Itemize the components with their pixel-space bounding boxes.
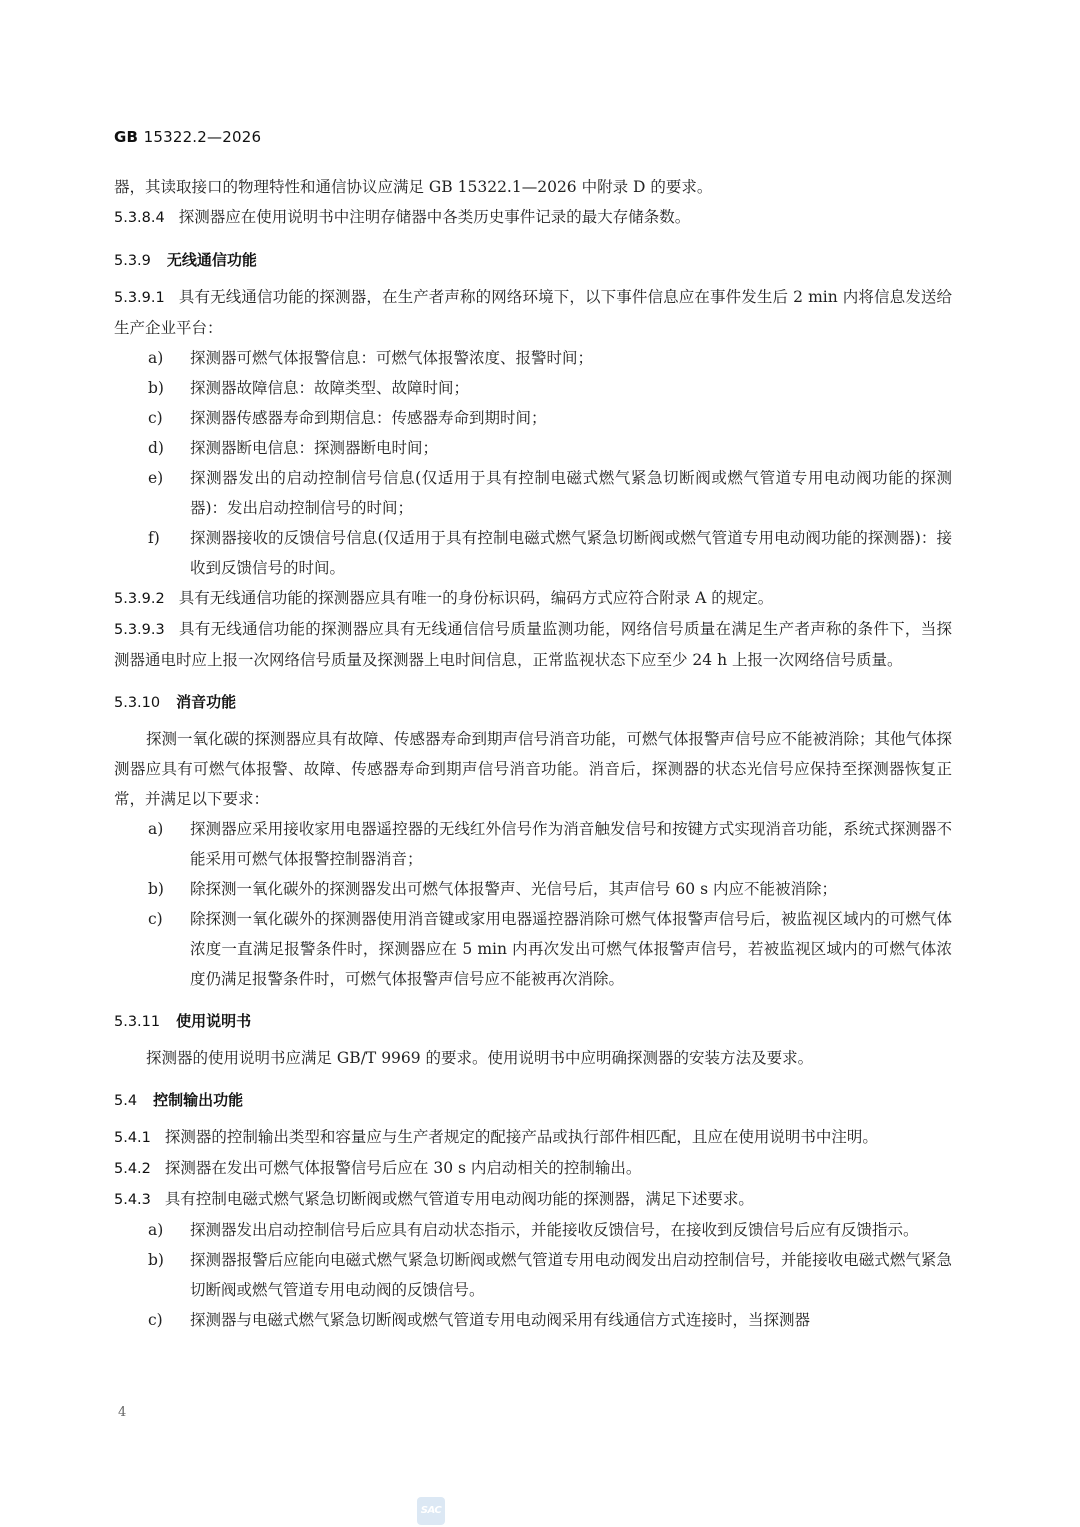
sac-logo-icon: SAC bbox=[417, 1497, 445, 1525]
list-marker: d) bbox=[148, 433, 190, 463]
list-text: 除探测一氧化碳外的探测器发出可燃气体报警声、光信号后，其声信号 60 s 内应不… bbox=[190, 874, 952, 904]
list-marker: b) bbox=[148, 373, 190, 403]
list-text: 探测器断电信息：探测器断电时间； bbox=[190, 433, 952, 463]
list-item: c)除探测一氧化碳外的探测器使用消音键或家用电器遥控器消除可燃气体报警声信号后，… bbox=[148, 904, 952, 994]
clause-number: 5.4.1 bbox=[114, 1130, 151, 1146]
list-text: 除探测一氧化碳外的探测器使用消音键或家用电器遥控器消除可燃气体报警声信号后，被监… bbox=[190, 904, 952, 994]
heading-number: 5.3.10 bbox=[114, 695, 160, 711]
continuation-paragraph: 器，其读取接口的物理特性和通信协议应满足 GB 15322.1—2026 中附录… bbox=[114, 172, 952, 202]
list-item: d)探测器断电信息：探测器断电时间； bbox=[148, 433, 952, 463]
standard-number: 15322.2—2026 bbox=[144, 128, 262, 146]
list-marker: a) bbox=[148, 1215, 190, 1245]
list-text: 探测器可燃气体报警信息：可燃气体报警浓度、报警时间； bbox=[190, 343, 952, 373]
list-item: b)探测器报警后应能向电磁式燃气紧急切断阀或燃气管道专用电动阀发出启动控制信号，… bbox=[148, 1245, 952, 1305]
list-marker: b) bbox=[148, 1245, 190, 1305]
section-heading-5-3-9: 5.3.9无线通信功能 bbox=[114, 245, 952, 276]
list-text: 探测器应采用接收家用电器遥控器的无线红外信号作为消音触发信号和按键方式实现消音功… bbox=[190, 814, 952, 874]
list-item: b)除探测一氧化碳外的探测器发出可燃气体报警声、光信号后，其声信号 60 s 内… bbox=[148, 874, 952, 904]
clause-5-3-9-3: 5.3.9.3具有无线通信功能的探测器应具有无线通信信号质量监测功能，网络信号质… bbox=[114, 614, 952, 675]
page-header: GB 15322.2—2026 bbox=[114, 128, 261, 146]
clause-5-4-1: 5.4.1探测器的控制输出类型和容量应与生产者规定的配接产品或执行部件相匹配，且… bbox=[114, 1122, 952, 1153]
clause-text: 探测器在发出可燃气体报警信号后应在 30 s 内启动相关的控制输出。 bbox=[165, 1159, 641, 1177]
page-number: 4 bbox=[118, 1405, 126, 1420]
clause-number: 5.3.9.2 bbox=[114, 591, 165, 607]
list-item: f)探测器接收的反馈信号信息(仅适用于具有控制电磁式燃气紧急切断阀或燃气管道专用… bbox=[148, 523, 952, 583]
list-text: 探测器故障信息：故障类型、故障时间； bbox=[190, 373, 952, 403]
list-text: 探测器发出启动控制信号后应具有启动状态指示，并能接收反馈信号，在接收到反馈信号后… bbox=[190, 1215, 952, 1245]
clause-5-3-8-4: 5.3.8.4探测器应在使用说明书中注明存储器中各类历史事件记录的最大存储条数。 bbox=[114, 202, 952, 233]
list-marker: f) bbox=[148, 523, 190, 583]
clause-text: 探测器的控制输出类型和容量应与生产者规定的配接产品或执行部件相匹配，且应在使用说… bbox=[165, 1128, 878, 1146]
document-page: GB 15322.2—2026 器，其读取接口的物理特性和通信协议应满足 GB … bbox=[0, 0, 1080, 1527]
document-body: 器，其读取接口的物理特性和通信协议应满足 GB 15322.1—2026 中附录… bbox=[114, 172, 952, 1335]
list-marker: c) bbox=[148, 403, 190, 433]
heading-title: 控制输出功能 bbox=[153, 1091, 243, 1109]
clause-text: 具有无线通信功能的探测器，在生产者声称的网络环境下，以下事件信息应在事件发生后 … bbox=[114, 288, 952, 337]
list-marker: a) bbox=[148, 343, 190, 373]
section-heading-5-3-10: 5.3.10消音功能 bbox=[114, 687, 952, 718]
heading-number: 5.4 bbox=[114, 1093, 137, 1109]
standard-prefix: GB bbox=[114, 128, 138, 146]
clause-text: 探测器应在使用说明书中注明存储器中各类历史事件记录的最大存储条数。 bbox=[179, 208, 691, 226]
heading-title: 消音功能 bbox=[176, 693, 236, 711]
list-item: a)探测器发出启动控制信号后应具有启动状态指示，并能接收反馈信号，在接收到反馈信… bbox=[148, 1215, 952, 1245]
clause-text: 具有无线通信功能的探测器应具有唯一的身份标识码，编码方式应符合附录 A 的规定。 bbox=[179, 589, 774, 607]
section-heading-5-4: 5.4控制输出功能 bbox=[114, 1085, 952, 1116]
heading-title: 使用说明书 bbox=[176, 1012, 251, 1030]
clause-number: 5.3.9.3 bbox=[114, 622, 165, 638]
list-marker: a) bbox=[148, 814, 190, 874]
list-item: e)探测器发出的启动控制信号信息(仅适用于具有控制电磁式燃气紧急切断阀或燃气管道… bbox=[148, 463, 952, 523]
list-item: c)探测器与电磁式燃气紧急切断阀或燃气管道专用电动阀采用有线通信方式连接时，当探… bbox=[148, 1305, 952, 1335]
list-marker: c) bbox=[148, 904, 190, 994]
list-item: a)探测器应采用接收家用电器遥控器的无线红外信号作为消音触发信号和按键方式实现消… bbox=[148, 814, 952, 874]
heading-title: 无线通信功能 bbox=[167, 251, 257, 269]
clause-number: 5.4.3 bbox=[114, 1192, 151, 1208]
list-item: b)探测器故障信息：故障类型、故障时间； bbox=[148, 373, 952, 403]
section-heading-5-3-11: 5.3.11使用说明书 bbox=[114, 1006, 952, 1037]
list-text: 探测器报警后应能向电磁式燃气紧急切断阀或燃气管道专用电动阀发出启动控制信号，并能… bbox=[190, 1245, 952, 1305]
section-intro-paragraph: 探测一氧化碳的探测器应具有故障、传感器寿命到期声信号消音功能，可燃气体报警声信号… bbox=[114, 724, 952, 814]
heading-number: 5.3.11 bbox=[114, 1014, 160, 1030]
clause-number: 5.3.9.1 bbox=[114, 290, 165, 306]
clause-5-3-9-1: 5.3.9.1具有无线通信功能的探测器，在生产者声称的网络环境下，以下事件信息应… bbox=[114, 282, 952, 343]
heading-number: 5.3.9 bbox=[114, 253, 151, 269]
manual-paragraph: 探测器的使用说明书应满足 GB/T 9969 的要求。使用说明书中应明确探测器的… bbox=[114, 1043, 952, 1073]
list-text: 探测器接收的反馈信号信息(仅适用于具有控制电磁式燃气紧急切断阀或燃气管道专用电动… bbox=[190, 523, 952, 583]
clause-text: 具有无线通信功能的探测器应具有无线通信信号质量监测功能，网络信号质量在满足生产者… bbox=[114, 620, 952, 669]
clause-text: 具有控制电磁式燃气紧急切断阀或燃气管道专用电动阀功能的探测器，满足下述要求。 bbox=[165, 1190, 754, 1208]
list-marker: e) bbox=[148, 463, 190, 523]
clause-number: 5.3.8.4 bbox=[114, 210, 165, 226]
clause-number: 5.4.2 bbox=[114, 1161, 151, 1177]
clause-5-4-2: 5.4.2探测器在发出可燃气体报警信号后应在 30 s 内启动相关的控制输出。 bbox=[114, 1153, 952, 1184]
list-text: 探测器发出的启动控制信号信息(仅适用于具有控制电磁式燃气紧急切断阀或燃气管道专用… bbox=[190, 463, 952, 523]
clause-5-4-3: 5.4.3具有控制电磁式燃气紧急切断阀或燃气管道专用电动阀功能的探测器，满足下述… bbox=[114, 1184, 952, 1215]
list-item: c)探测器传感器寿命到期信息：传感器寿命到期时间； bbox=[148, 403, 952, 433]
clause-5-3-9-2: 5.3.9.2具有无线通信功能的探测器应具有唯一的身份标识码，编码方式应符合附录… bbox=[114, 583, 952, 614]
list-item: a)探测器可燃气体报警信息：可燃气体报警浓度、报警时间； bbox=[148, 343, 952, 373]
list-text: 探测器传感器寿命到期信息：传感器寿命到期时间； bbox=[190, 403, 952, 433]
list-text: 探测器与电磁式燃气紧急切断阀或燃气管道专用电动阀采用有线通信方式连接时，当探测器 bbox=[190, 1305, 952, 1335]
list-marker: c) bbox=[148, 1305, 190, 1335]
list-marker: b) bbox=[148, 874, 190, 904]
